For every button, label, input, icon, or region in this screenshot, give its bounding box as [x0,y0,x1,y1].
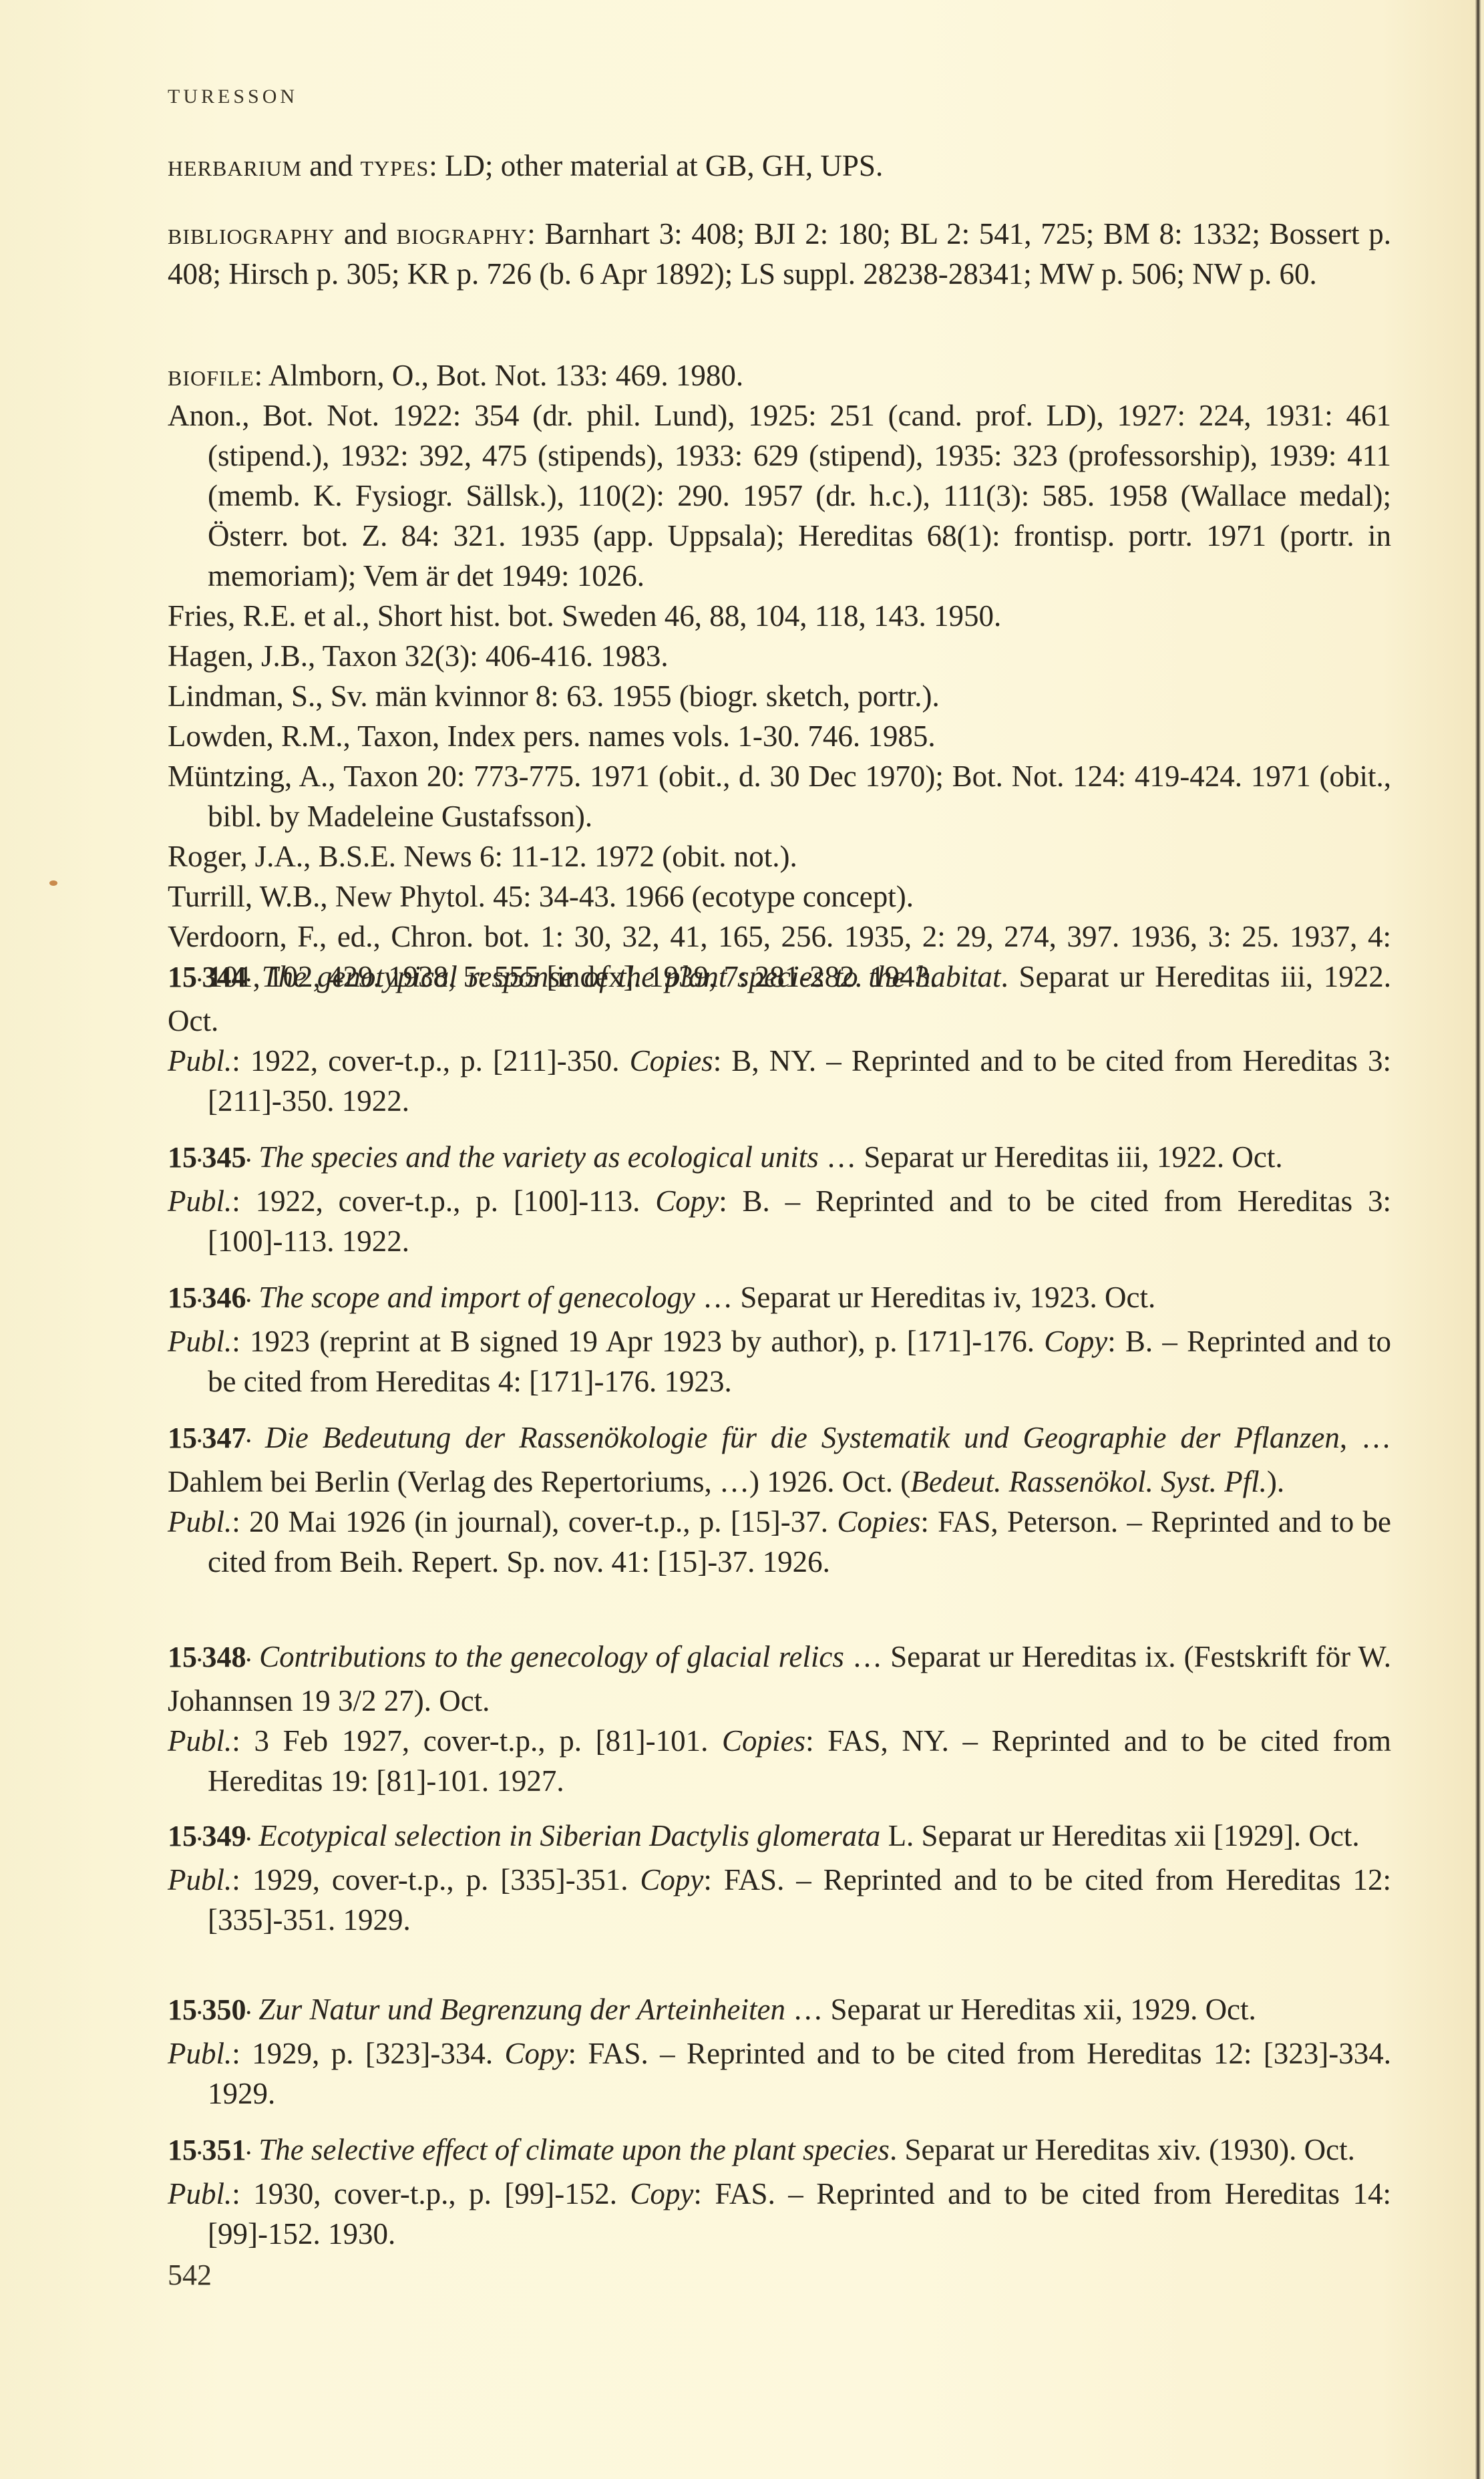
publ-label: Publ. [168,1505,232,1538]
copies-label: Copy [630,2177,693,2210]
work-source-close: ). [1267,1465,1284,1498]
copies-label: Copies [630,1044,713,1078]
publ-label: Publ. [168,1863,232,1896]
copies-label: Copy [655,1184,719,1218]
work-title-line: 15.350. Zur Natur und Begrenzung der Art… [168,1989,1391,2033]
publ-text: : 1923 (reprint at B signed 19 Apr 1923 … [232,1325,1044,1358]
work-source: … Separat ur Hereditas iv, 1923. Oct. [695,1281,1155,1314]
herbarium-text: : LD; other material at GB, GH, UPS. [429,149,883,182]
work-title: The selective effect of climate upon the… [258,2133,890,2166]
biofile-entry: Anon., Bot. Not. 1922: 354 (dr. phil. Lu… [168,395,1391,596]
work-number: 15.345. [168,1141,251,1174]
work-publication: Publ.: 1929, cover-t.p., p. [335]-351. C… [168,1860,1391,1940]
publ-text: : 20 Mai 1926 (in journal), cover-t.p., … [232,1505,837,1538]
copies-label: Copy [1044,1325,1107,1358]
work-entry-15347: 15.347. Die Bedeutung der Rassenökologie… [168,1418,1391,1582]
work-title-line: 15.349. Ecotypical selection in Siberian… [168,1816,1391,1860]
work-title-line: 15.348. Contributions to the genecology … [168,1637,1391,1721]
biofile-entry: Müntzing, A., Taxon 20: 773-775. 1971 (o… [168,756,1391,836]
work-title: The scope and import of genecology [258,1281,695,1314]
publ-label: Publ. [168,1184,232,1218]
work-number: 15.344. [168,961,251,993]
work-abbreviation: Bedeut. Rassenökol. Syst. Pfl. [910,1465,1267,1498]
publ-label: Publ. [168,2177,232,2210]
publ-text: : 3 Feb 1927, cover-t.p., p. [81]-101. [232,1724,722,1758]
work-publication: Publ.: 3 Feb 1927, cover-t.p., p. [81]-1… [168,1721,1391,1801]
work-entry-15344: 15.344. The genotypical response of the … [168,957,1391,1121]
work-publication: Publ.: 1930, cover-t.p., p. [99]-152. Co… [168,2174,1391,2254]
work-title-line: 15.344. The genotypical response of the … [168,957,1391,1041]
herbarium-label: herbarium [168,149,302,182]
bibliography-paragraph: bibliography and biography: Barnhart 3: … [168,214,1391,294]
biofile-entry: Lindman, S., Sv. män kvinnor 8: 63. 1955… [168,676,1391,716]
work-source: … Separat ur Hereditas xii, 1929. Oct. [785,1993,1256,2026]
publ-label: Publ. [168,1325,232,1358]
biofile-label: biofile [168,359,254,392]
publ-label: Publ. [168,1044,232,1078]
copies-label: Copy [640,1863,703,1896]
publ-text: : 1922, cover-t.p., p. [100]-113. [232,1184,655,1218]
biofile-entry: Fries, R.E. et al., Short hist. bot. Swe… [168,596,1391,636]
work-entry-15346: 15.346. The scope and import of genecolo… [168,1277,1391,1401]
work-entry-15345: 15.345. The species and the variety as e… [168,1137,1391,1261]
types-label: types [361,149,429,182]
work-entry-15348: 15.348. Contributions to the genecology … [168,1637,1391,1801]
copies-label: Copies [722,1724,805,1758]
work-title: Zur Natur und Begrenzung der Arteinheite… [258,1993,785,2026]
publ-text: : 1930, cover-t.p., p. [99]-152. [232,2177,630,2210]
work-title: Ecotypical selection in Siberian Dactyli… [258,1819,880,1852]
work-number: 15.347. [168,1422,251,1454]
work-number: 15.348. [168,1641,251,1673]
publ-label: Publ. [168,1724,232,1758]
work-title-line: 15.345. The species and the variety as e… [168,1137,1391,1181]
work-number: 15.346. [168,1281,251,1314]
work-title: Contributions to the genecology of glaci… [259,1640,844,1673]
herbarium-paragraph: herbarium and types: LD; other material … [168,146,1391,186]
work-number: 15.349. [168,1820,251,1852]
work-publication: Publ.: 1922, cover-t.p., p. [100]-113. C… [168,1181,1391,1261]
work-entry-15350: 15.350. Zur Natur und Begrenzung der Art… [168,1989,1391,2114]
page-number: 542 [168,2258,212,2292]
work-source: L. Separat ur Hereditas xii [1929]. Oct. [880,1819,1359,1852]
conjunction: and [335,217,396,251]
biofile-entry: Roger, J.A., B.S.E. News 6: 11-12. 1972 … [168,836,1391,876]
biofile-first: biofile: Almborn, O., Bot. Not. 133: 469… [168,355,1391,395]
running-head: TURESSON [168,86,298,108]
work-publication: Publ.: 1922, cover-t.p., p. [211]-350. C… [168,1041,1391,1121]
bibliography-label: bibliography [168,217,335,251]
work-title: The species and the variety as ecologica… [258,1140,819,1174]
work-title-line: 15.346. The scope and import of genecolo… [168,1277,1391,1321]
biofile-section: biofile: Almborn, O., Bot. Not. 133: 469… [168,355,1391,997]
work-entry-15351: 15.351. The selective effect of climate … [168,2130,1391,2254]
work-publication: Publ.: 1923 (reprint at B signed 19 Apr … [168,1321,1391,1401]
publ-text: : 1922, cover-t.p., p. [211]-350. [232,1044,629,1078]
publ-label: Publ. [168,2037,232,2070]
publ-text: : 1929, cover-t.p., p. [335]-351. [232,1863,640,1896]
work-number: 15.351. [168,2134,251,2166]
paper-speck [49,880,57,886]
biography-label: biography [397,217,528,251]
copies-label: Copy [504,2037,568,2070]
work-title-line: 15.347. Die Bedeutung der Rassenökologie… [168,1418,1391,1502]
biofile-first-text: : Almborn, O., Bot. Not. 133: 469. 1980. [254,359,744,392]
publ-text: : 1929, p. [323]-334. [232,2037,504,2070]
conjunction: and [302,149,360,182]
work-source: … Separat ur Hereditas iii, 1922. Oct. [819,1140,1283,1174]
work-entry-15349: 15.349. Ecotypical selection in Siberian… [168,1816,1391,1940]
work-title: Die Bedeutung der Rassenökologie für die… [265,1421,1340,1454]
work-source: . Separat ur Hereditas xiv. (1930). Oct. [890,2133,1355,2166]
biofile-entry: Lowden, R.M., Taxon, Index pers. names v… [168,716,1391,756]
work-number: 15.350. [168,1993,251,2026]
biofile-entry: Hagen, J.B., Taxon 32(3): 406-416. 1983. [168,636,1391,676]
work-publication: Publ.: 1929, p. [323]-334. Copy: FAS. – … [168,2033,1391,2114]
work-title: The genotypical response of the plant sp… [262,960,1001,993]
work-title-line: 15.351. The selective effect of climate … [168,2130,1391,2174]
copies-label: Copies [837,1505,920,1538]
biofile-entry: Turrill, W.B., New Phytol. 45: 34-43. 19… [168,876,1391,917]
bibliography-section: bibliography and biography: Barnhart 3: … [168,214,1391,294]
herbarium-section: herbarium and types: LD; other material … [168,146,1391,186]
work-publication: Publ.: 20 Mai 1926 (in journal), cover-t… [168,1502,1391,1582]
